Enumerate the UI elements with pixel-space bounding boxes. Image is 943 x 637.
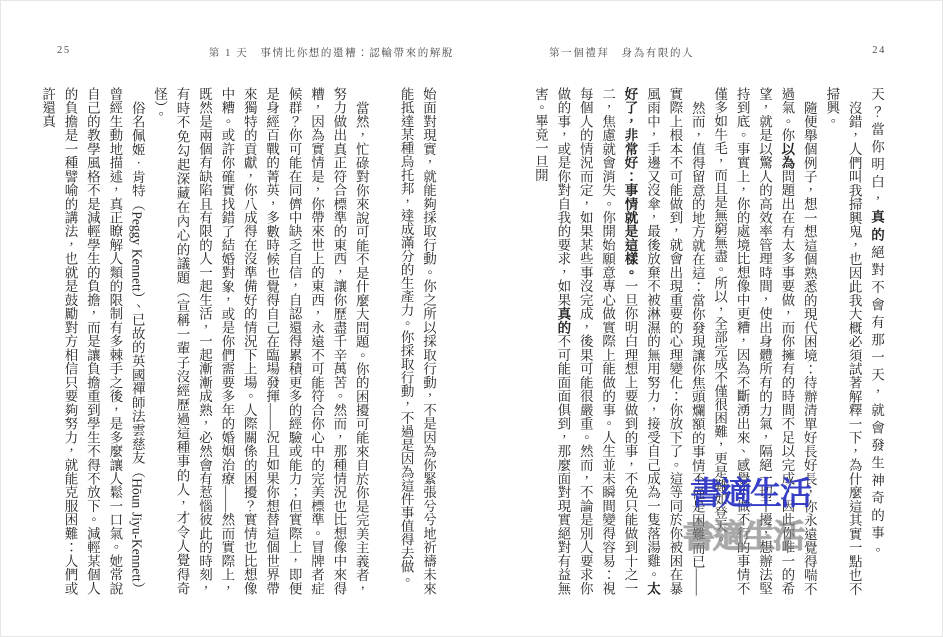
book-spread: 25 第 1 天 事情比你想的還糟：認輸帶來的解脫 始面對現實，就能夠採取行動。… xyxy=(0,0,943,637)
paragraph: 沒錯，人們叫我掃興鬼，也因此我大概必須試著解釋一下，為什麼這其實一點也不掃興。 xyxy=(820,87,865,595)
right-page-number: 24 xyxy=(549,45,886,56)
text-run: 俗名佩姬．肯特（Peggy Kennett）、已故的英國禪師法雲慈友（Hōun … xyxy=(40,87,145,595)
text-run: 沒錯，人們叫我掃興鬼，也因此我大概必須試著解釋一下，為什麼這其實一點也不掃興。 xyxy=(824,87,861,595)
bold-text-run: 真的 xyxy=(869,210,884,245)
paragraph: 俗名佩姬．肯特（Peggy Kennett）、已故的英國禪師法雲慈友（Hōun … xyxy=(36,87,148,595)
watermark-blue: 書適生活 xyxy=(690,468,810,514)
left-page-body: 始面對現實，就能夠採取行動。你之所以採取行動，不是因為你緊張兮兮地祈禱未來能抵達… xyxy=(57,87,439,595)
paragraph: 當然，忙碌對你來說可能不是什麼大問題。你的困擾可能來自於你是完美主義者，努力做出… xyxy=(148,87,372,595)
bold-text-run: 以為 xyxy=(779,142,794,169)
text-run: 天？當你明白， xyxy=(869,87,884,210)
watermark-gray-outline: 書適生活 xyxy=(683,511,803,557)
text-run: 絕對不會有那一天，就會發生神奇的事。 xyxy=(869,245,884,561)
paragraph: 天？當你明白，真的絕對不會有那一天，就會發生神奇的事。 xyxy=(865,87,887,595)
left-running-head: 第 1 天 事情比你想的還糟：認輸帶來的解脫 xyxy=(58,45,454,60)
paragraph: 然而，值得留意的地方就在這：當你發現讓你焦頭爛額的事情不僅是困難而已——實際上根… xyxy=(529,87,708,595)
text-run: 當然，忙碌對你來說可能不是什麼大問題。你的困擾可能來自於你是完美主義者，努力做出… xyxy=(152,87,369,595)
text-run: 始面對現實，就能夠採取行動。你之所以採取行動，不是因為你緊張兮兮地祈禱未來能抵達… xyxy=(399,87,436,595)
paragraph: 始面對現實，就能夠採取行動。你之所以採取行動，不是因為你緊張兮兮地祈禱未來能抵達… xyxy=(394,87,439,595)
bold-text-run: 真的 xyxy=(555,307,570,334)
